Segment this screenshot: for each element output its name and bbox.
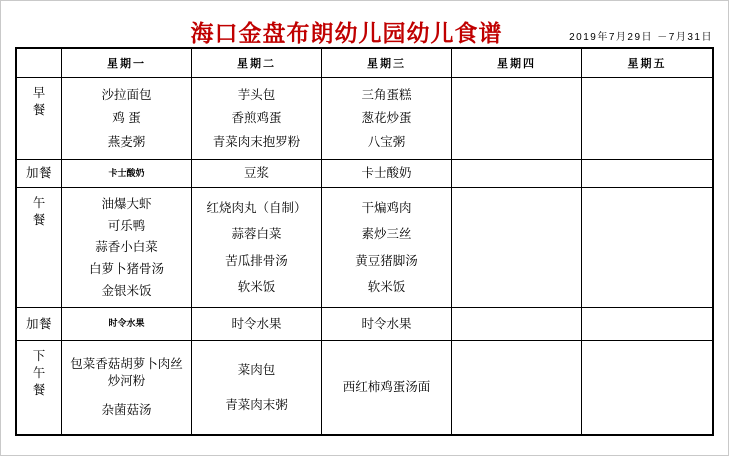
- menu-cell: 卡士酸奶: [322, 160, 452, 188]
- day-header-label: 星期四: [497, 55, 536, 71]
- menu-cell: 包菜香菇胡萝卜肉丝炒河粉杂菌菇汤: [62, 341, 192, 434]
- day-header-3: 星期三: [322, 49, 452, 78]
- menu-item: 白萝卜猪骨汤: [66, 261, 187, 277]
- menu-cell: [582, 188, 712, 308]
- menu-item: 红烧肉丸（自制）: [196, 200, 317, 216]
- day-header-label: 星期二: [237, 55, 276, 71]
- meal-row-label: 早餐: [17, 78, 62, 160]
- meal-row-label: 加餐: [17, 308, 62, 341]
- menu-item: 沙拉面包: [66, 87, 187, 103]
- menu-table: 星期一星期二星期三星期四星期五早餐沙拉面包鸡 蛋燕麦粥芋头包香煎鸡蛋青菜肉末抱罗…: [15, 47, 714, 436]
- menu-item: 黄豆猪脚汤: [326, 253, 447, 269]
- menu-item: 时令水果: [66, 318, 187, 330]
- menu-cell: 豆浆: [192, 160, 322, 188]
- day-header-label: 星期一: [107, 55, 146, 71]
- menu-cell: 卡士酸奶: [62, 160, 192, 188]
- day-header-label: 星期五: [628, 55, 667, 71]
- menu-item: 卡士酸奶: [326, 165, 447, 181]
- meal-row-label: 加餐: [17, 160, 62, 188]
- menu-cell: 时令水果: [62, 308, 192, 341]
- meal-label-char: 下: [33, 348, 46, 365]
- menu-item: 豆浆: [196, 165, 317, 181]
- menu-item: 八宝粥: [326, 134, 447, 150]
- menu-cell: [452, 341, 582, 434]
- menu-item: 三角蛋糕: [326, 87, 447, 103]
- menu-item: 可乐鸭: [66, 218, 187, 234]
- menu-cell: 菜肉包青菜肉末粥: [192, 341, 322, 434]
- menu-item: 素炒三丝: [326, 226, 447, 242]
- meal-label-char: 餐: [33, 382, 46, 399]
- menu-item: 青菜肉末抱罗粉: [196, 134, 317, 150]
- menu-item: 葱花炒蛋: [326, 110, 447, 126]
- day-header-2: 星期二: [192, 49, 322, 78]
- menu-item: 燕麦粥: [66, 134, 187, 150]
- menu-cell: [452, 78, 582, 160]
- meal-row-label: 午餐: [17, 188, 62, 308]
- menu-cell: [452, 160, 582, 188]
- menu-item: 卡士酸奶: [66, 168, 187, 180]
- menu-item: 时令水果: [196, 316, 317, 332]
- menu-cell: [582, 341, 712, 434]
- menu-item: 软米饭: [326, 279, 447, 295]
- menu-item: 时令水果: [326, 316, 447, 332]
- menu-item: 鸡 蛋: [66, 110, 187, 126]
- menu-item: 油爆大虾: [66, 196, 187, 212]
- menu-item: 蒜蓉白菜: [196, 226, 317, 242]
- menu-item: 蒜香小白菜: [66, 239, 187, 255]
- meal-label-char: 午: [33, 195, 46, 212]
- menu-cell: [582, 78, 712, 160]
- menu-cell: 西红柿鸡蛋汤面: [322, 341, 452, 434]
- menu-item: 金银米饭: [66, 283, 187, 299]
- menu-cell: [582, 160, 712, 188]
- menu-cell: 红烧肉丸（自制）蒜蓉白菜苦瓜排骨汤软米饭: [192, 188, 322, 308]
- menu-item: 菜肉包: [196, 362, 317, 378]
- menu-item: 西红柿鸡蛋汤面: [326, 379, 447, 395]
- day-header-label: 星期三: [367, 55, 406, 71]
- menu-cell: 油爆大虾可乐鸭蒜香小白菜白萝卜猪骨汤金银米饭: [62, 188, 192, 308]
- menu-cell: 时令水果: [192, 308, 322, 341]
- menu-item: 包菜香菇胡萝卜肉丝炒河粉: [66, 356, 187, 389]
- menu-cell: 时令水果: [322, 308, 452, 341]
- menu-cell: [452, 308, 582, 341]
- meal-label-char: 午: [33, 365, 46, 382]
- date-range: 2019年7月29日 －7月31日: [569, 28, 713, 43]
- menu-cell: 三角蛋糕葱花炒蛋八宝粥: [322, 78, 452, 160]
- day-header-5: 星期五: [582, 49, 712, 78]
- menu-cell: 干煸鸡肉素炒三丝黄豆猪脚汤软米饭: [322, 188, 452, 308]
- meal-label-char: 餐: [33, 102, 46, 119]
- menu-item: 软米饭: [196, 279, 317, 295]
- menu-item: 青菜肉末粥: [196, 397, 317, 413]
- meal-label-char: 餐: [33, 212, 46, 229]
- document-page: 海口金盘布朗幼儿园幼儿食谱 2019年7月29日 －7月31日 星期一星期二星期…: [0, 0, 729, 456]
- menu-item: 香煎鸡蛋: [196, 110, 317, 126]
- meal-row-label: 下午餐: [17, 341, 62, 434]
- day-header-1: 星期一: [62, 49, 192, 78]
- table-corner-cell: [17, 49, 62, 78]
- menu-item: 芋头包: [196, 87, 317, 103]
- menu-cell: 芋头包香煎鸡蛋青菜肉末抱罗粉: [192, 78, 322, 160]
- menu-item: 杂菌菇汤: [66, 402, 187, 418]
- meal-label-char: 早: [33, 85, 46, 102]
- menu-item: 苦瓜排骨汤: [196, 253, 317, 269]
- menu-item: 干煸鸡肉: [326, 200, 447, 216]
- day-header-4: 星期四: [452, 49, 582, 78]
- menu-cell: 沙拉面包鸡 蛋燕麦粥: [62, 78, 192, 160]
- menu-cell: [452, 188, 582, 308]
- menu-cell: [582, 308, 712, 341]
